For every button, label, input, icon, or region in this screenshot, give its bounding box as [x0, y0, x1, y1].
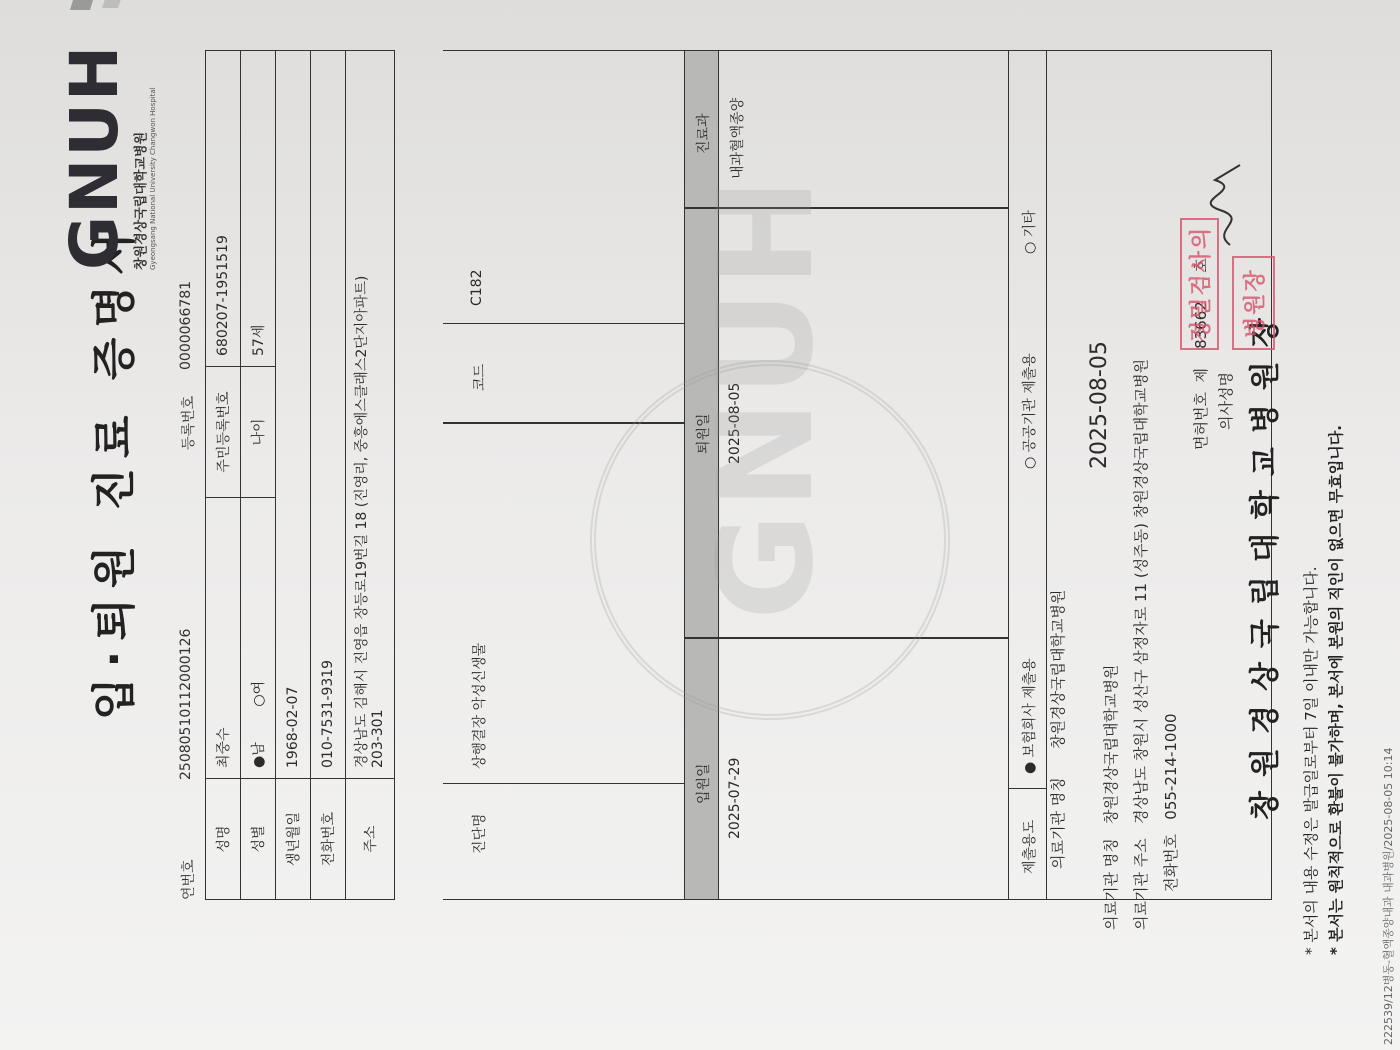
- phone-value: 010-7531-9319: [311, 51, 346, 779]
- radio-female[interactable]: ○: [251, 694, 267, 706]
- watermark-text: GNUH: [690, 174, 842, 620]
- institution-address-row: 의료기관 주소 경상남도 창원시 성산구 삼정자로 11 (성주동) 창원경상국…: [1130, 359, 1151, 930]
- institution-name: 창원경상국립대학교병원: [1047, 590, 1068, 749]
- address-value: 경상남도 김해시 진영읍 장등로19번길 18 (진영리, 중흥에스클래스2단지…: [346, 51, 395, 779]
- address-line-1: 경상남도 김해시 진영읍 장등로19번길 18 (진영리, 중흥에스클래스2단지…: [354, 61, 370, 768]
- inst-address: 경상남도 창원시 성산구 삼정자로 11 (성주동) 창원경상국립대학교병원: [1132, 359, 1150, 824]
- inst-name-label: 의료기관 명칭: [1102, 838, 1120, 930]
- license-label: 면허번호: [1192, 392, 1210, 450]
- purpose-row: 제출용도 ● 보험회사 제출용 ○ 공공기관 제출용 ○ 기타: [1009, 50, 1047, 900]
- code-label: 코드: [469, 364, 489, 391]
- dob-value: 1968-02-07: [276, 51, 311, 779]
- diagnosis-section: 진단명 상행결장 악성신생물 코드 C182: [443, 50, 685, 900]
- document-page: 입·퇴원 진료 증명서 GNUH 창원경상국립대학교병원 Gyeongsang …: [0, 0, 1400, 1050]
- logo-mark-icon: [66, 0, 126, 12]
- sex-label: 성별: [241, 779, 276, 900]
- institution-name-row: 의료기관 명칭 창원경상국립대학교병원: [1100, 665, 1121, 930]
- logo-name-en: Gyeongsang National University Changwon …: [149, 44, 157, 270]
- phone-label: 전화번호: [311, 779, 346, 900]
- doctor-label: 의사성명: [1215, 372, 1236, 430]
- document-title: 입·퇴원 진료 증명서: [78, 223, 142, 720]
- serial-value: 25080510112000126: [178, 629, 194, 780]
- paper: 입·퇴원 진료 증명서 GNUH 창원경상국립대학교병원 Gyeongsang …: [0, 0, 1400, 1050]
- female-label: 여: [251, 681, 267, 695]
- logo-brand: GNUH: [62, 44, 128, 270]
- diagnosis-label: 진단명: [469, 813, 489, 854]
- director-stamp: 병원장: [1232, 256, 1275, 350]
- inst-phone-label: 전화번호: [1162, 834, 1180, 892]
- address-label: 주소: [346, 779, 395, 900]
- resident-id-label: 주민등록번호: [206, 367, 241, 498]
- age-value: 57세: [241, 51, 276, 367]
- institution-name-label: 의료기관 명칭: [1047, 777, 1068, 869]
- issue-date: 2025-08-05: [1087, 341, 1112, 469]
- age-label: 나이: [241, 367, 276, 498]
- dept-label: 진료과: [693, 113, 713, 154]
- purpose-option-other[interactable]: ○ 기타: [1019, 210, 1039, 254]
- patient-info-table: 성명 최중수 주민등록번호 680207-1951519 성별 ●남 ○여 나이…: [205, 50, 395, 900]
- license-prefix: 제: [1192, 368, 1210, 383]
- inst-name: 창원경상국립대학교병원: [1102, 665, 1120, 824]
- footnote-2: * 본서는 원칙적으로 환불이 불가하며, 본서에 본원의 직인이 없으면 무효…: [1325, 425, 1346, 955]
- admit-date: 2025-07-29: [727, 758, 743, 839]
- inst-phone: 055-214-1000: [1162, 713, 1180, 819]
- footnote-1: * 본서의 내용 수정은 발급일로부터 7일 이내만 가능합니다.: [1300, 567, 1321, 955]
- purpose-option-insurance[interactable]: ● 보험회사 제출용: [1019, 658, 1039, 774]
- institution-phone-row: 전화번호 055-214-1000: [1160, 713, 1181, 892]
- registration-value: 0000066781: [178, 281, 194, 370]
- serial-label: 연번호: [178, 859, 198, 900]
- name-label: 성명: [206, 779, 241, 900]
- dob-label: 생년월일: [276, 779, 311, 900]
- registration-label: 등록번호: [178, 396, 198, 450]
- code-value: C182: [469, 270, 485, 307]
- inst-address-label: 의료기관 주소: [1132, 838, 1150, 930]
- male-label: 남: [251, 742, 267, 756]
- patient-name: 최중수: [206, 498, 241, 779]
- sex-options: ●남 ○여: [241, 498, 276, 779]
- purpose-label: 제출용도: [1019, 820, 1039, 874]
- purpose-option-public[interactable]: ○ 공공기관 제출용: [1019, 353, 1039, 469]
- admit-label: 입원일: [693, 763, 713, 804]
- signature-icon: [1200, 160, 1260, 250]
- address-line-2: 203-301: [370, 61, 386, 768]
- edge-print: 222539/12병동-혈액종양내과 내과병원/2025-08-05 10:14: [1380, 747, 1396, 1045]
- director-signature-line: 창원경상국립대학교병원장: [1240, 304, 1284, 820]
- resident-id: 680207-1951519: [206, 51, 241, 367]
- dept-value: 내과혈액종양: [727, 98, 747, 179]
- diagnosis-name: 상행결장 악성신생물: [469, 643, 489, 769]
- hospital-logo: GNUH 창원경상국립대학교병원 Gyeongsang National Uni…: [62, 44, 157, 270]
- radio-male[interactable]: ●: [251, 756, 267, 768]
